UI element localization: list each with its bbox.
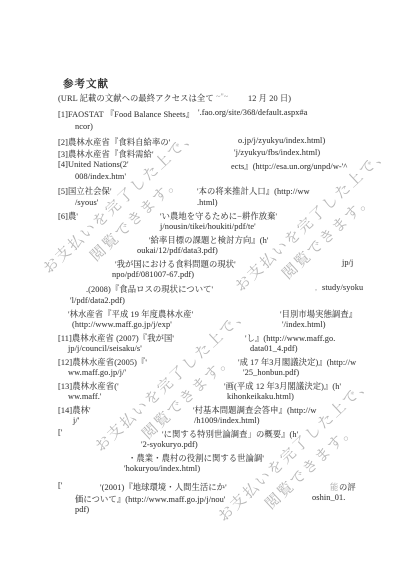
text-fragment: '.fao.org/site/368/default.aspx#a (198, 108, 307, 117)
reference-line: ww.maff.go.jp/j/''25_honbun.pdf) (0, 368, 410, 379)
text-fragment: '給率目標の課題と検討方向』(h' (149, 234, 268, 246)
text-fragment: j/nousin/tikei/houkiti/pdf/te' (160, 222, 256, 231)
reference-line: ncor) (0, 122, 410, 133)
text-fragment: o.jp/j/zyukyu/index.html) (238, 136, 325, 145)
text-fragment: '(2001)『地球環境・人間生活にか' (100, 481, 227, 493)
text-fragment: ・農業・農村の役割に関する世論調' (128, 452, 264, 464)
text-fragment: [14]農林' (58, 404, 91, 416)
text-fragment: 12 月 20 日) (248, 92, 291, 104)
text-fragment: .html) (197, 198, 218, 207)
reference-line: [12]農林水産省(2005)『''成 17 年3月閣議決定)』(http://… (0, 356, 410, 367)
reference-line: ww.maff.'kihonkeikaku.html) (0, 392, 410, 403)
text-fragment: [4]United Nations(2' (58, 160, 129, 169)
text-fragment: study/syoku (322, 283, 363, 292)
reference-line: '我が国における食料問題の現状'jp/j (0, 258, 410, 269)
reference-line: 'hokuryou/index.html) (0, 464, 410, 475)
text-fragment: .(2008)『食品ロスの現状について' (86, 283, 213, 295)
reference-line: [13]農林水産省(''画(平成 12 年3月閣議決定)』(h' (0, 380, 410, 391)
reference-line: .(2008)『食品ロスの現状について',study/syoku (0, 283, 410, 294)
reference-line: [1]FAOSTAT 『Food Balance Sheets』'.fao.or… (0, 108, 410, 119)
reference-line: '2-syokuryo.pdf) (0, 440, 410, 451)
text-fragment: の評 (339, 481, 356, 493)
text-fragment: [' (58, 481, 62, 490)
text-fragment: npo/pdf/081007-67.pdf) (112, 270, 194, 279)
reference-line: '林水産省『平成 19 年度農林水産''目別市場実態調査』 (0, 308, 410, 319)
text-fragment: '林水産省『平成 19 年度農林水産' (68, 308, 193, 320)
text-fragment: [1]FAOSTAT 『Food Balance Sheets』 (58, 108, 194, 120)
text-fragment: [13]農林水産省(' (58, 380, 119, 392)
text-fragment: [' (58, 428, 62, 437)
reference-line: [6]農''い農地を守るために−耕作放棄' (0, 210, 410, 221)
text-fragment: [3]農林水産省『食料需給' (58, 148, 154, 160)
text-fragment: 'し』(http://www.maff.go. (245, 332, 335, 344)
text-fragment: 008/index.htm' (75, 172, 126, 181)
text-fragment: pdf) (75, 505, 89, 514)
text-fragment: ects』(http://esa.un.org/unpd/w-'^ (231, 160, 347, 172)
text-fragment: 'hokuryou/index.html) (124, 464, 200, 473)
reference-line: [11]農林水産省 (2007)『我が国''し』(http://www.maff… (0, 332, 410, 343)
text-fragment: ~''~ (216, 92, 228, 101)
reference-line: [14]農林''村基本問題調査会答申』(http://w (0, 404, 410, 415)
text-fragment: [11]農林水産省 (2007)『我が国' (58, 332, 174, 344)
reference-line: '給率目標の課題と検討方向』(h' (0, 234, 410, 245)
text-fragment: '目別市場実態調査』 (280, 308, 357, 320)
reference-line: /syous'.html) (0, 198, 410, 209)
text-fragment: oshin_01. (312, 493, 345, 502)
reference-list: (URL 記載の文献への最終アクセスは全て~''~12 月 20 日)[1]FA… (0, 0, 410, 580)
text-fragment: 能 (330, 481, 338, 493)
text-fragment: (URL 記載の文献への最終アクセスは全て (58, 92, 214, 104)
text-fragment: '画(平成 12 年3月閣議決定)』(h' (224, 380, 341, 392)
scanned-reference-page: 参考文献 お支払いを完了した上で、閲覧できます。お支払いを完了した上で、閲覧でき… (0, 0, 410, 580)
text-fragment: '25_honbun.pdf) (243, 368, 299, 377)
text-fragment: [5]国立社会保' (58, 185, 112, 197)
text-fragment: j/' (73, 416, 79, 425)
text-fragment: (http://www.maff.go.jp/j/exp' (72, 320, 172, 329)
text-fragment: '村基本問題調査会答申』(http://w (193, 404, 316, 416)
reference-line: j/nousin/tikei/houkiti/pdf/te' (0, 222, 410, 233)
text-fragment: [2]農林水産省『食料自給率の' (58, 136, 170, 148)
text-fragment: '2-syokuryo.pdf) (141, 440, 198, 449)
text-fragment: ww.maff.go.jp/j/' (68, 368, 126, 377)
reference-line: ・農業・農村の役割に関する世論調' (0, 452, 410, 463)
reference-line: (http://www.maff.go.jp/j/exp''/index.htm… (0, 320, 410, 331)
text-fragment: jp/j/council/seisaku/s' (68, 344, 142, 353)
reference-line: [''(2001)『地球環境・人間生活にか'能の評 (0, 481, 410, 492)
text-fragment: '成 17 年3月閣議決定)』(http://w (238, 356, 356, 368)
reference-line: [''に関する特別世論調査」の概要』(h' (0, 428, 410, 439)
reference-line: oukai/12/pdf/data3.pdf) (0, 246, 410, 257)
text-fragment: 'い農地を守るために−耕作放棄' (160, 210, 277, 222)
reference-line: 価について』(http://www.maff.go.jp/j/nou'oshin… (0, 493, 410, 504)
text-fragment: ncor) (75, 122, 93, 131)
reference-line: (URL 記載の文献への最終アクセスは全て~''~12 月 20 日) (0, 92, 410, 103)
text-fragment: 'l/pdf/data2.pdf) (70, 296, 125, 305)
text-fragment: data01_4.pdf) (250, 344, 298, 353)
text-fragment: '/index.html) (282, 320, 326, 329)
text-fragment: jp/j (342, 258, 353, 267)
text-fragment: 'に関する特別世論調査」の概要』(h' (162, 428, 298, 440)
reference-line: [2]農林水産省『食料自給率の'o.jp/j/zyukyu/index.html… (0, 136, 410, 147)
text-fragment: [12]農林水産省(2005)『' (58, 356, 147, 368)
reference-line: [5]国立社会保''本の将来推計人口』(http://ww (0, 185, 410, 196)
reference-line: npo/pdf/081007-67.pdf) (0, 270, 410, 281)
text-fragment: [6]農' (58, 210, 78, 222)
text-fragment: 価について』(http://www.maff.go.jp/j/nou' (75, 493, 225, 505)
reference-line: j/'/h1009/index.html) (0, 416, 410, 427)
text-fragment: 'j/zyukyu/fbs/index.html) (234, 148, 320, 157)
text-fragment: , (315, 283, 317, 292)
text-fragment: /h1009/index.html) (194, 416, 260, 425)
reference-line: [3]農林水産省『食料需給''j/zyukyu/fbs/index.html) (0, 148, 410, 159)
reference-line: [4]United Nations(2'ects』(http://esa.un.… (0, 160, 410, 171)
text-fragment: '我が国における食料問題の現状' (115, 258, 236, 270)
reference-line: jp/j/council/seisaku/s'data01_4.pdf) (0, 344, 410, 355)
reference-line: pdf) (0, 505, 410, 516)
text-fragment: kihonkeikaku.html) (227, 392, 294, 401)
reference-line: 008/index.htm' (0, 172, 410, 183)
text-fragment: /syous' (75, 198, 98, 207)
reference-line: 'l/pdf/data2.pdf) (0, 296, 410, 307)
text-fragment: '本の将来推計人口』(http://ww (197, 185, 310, 197)
text-fragment: ww.maff.' (68, 392, 102, 401)
text-fragment: oukai/12/pdf/data3.pdf) (137, 246, 218, 255)
